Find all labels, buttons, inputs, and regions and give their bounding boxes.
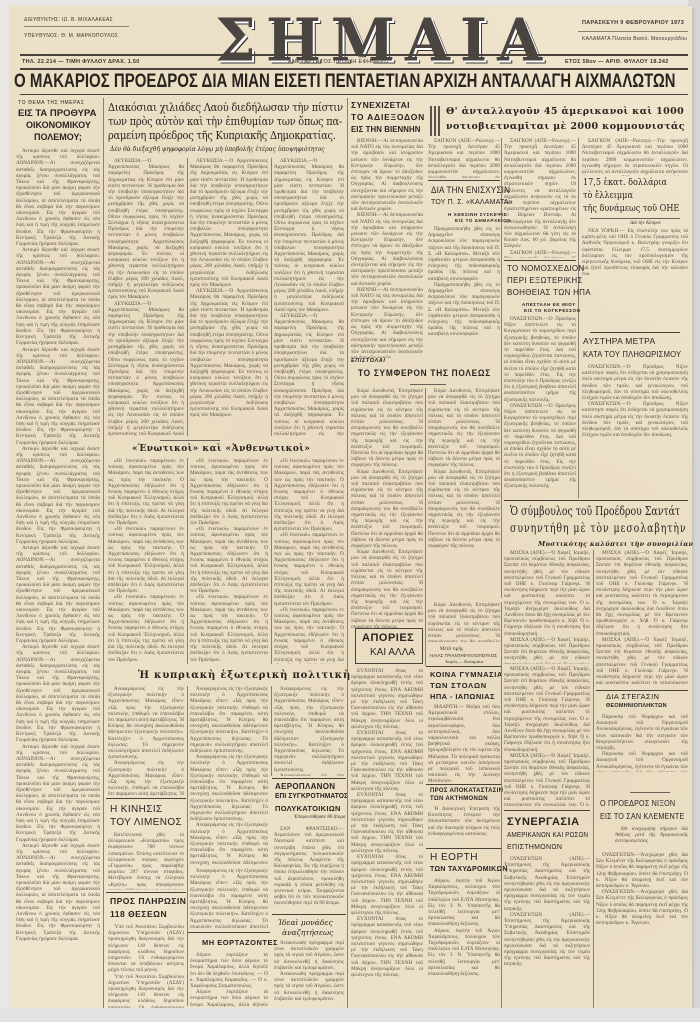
un-deficit-kicker: Διὰ τὴν Κύπρον bbox=[630, 221, 661, 226]
aporiai-title-2: ΚΑΙ ΑΛΛΑ bbox=[370, 647, 415, 658]
seats-title-1: ΠΡΟΣ ΠΛΗΡΩΣΙΝ bbox=[110, 896, 186, 906]
port-title-1: Η ΚΙΝΗΣΙΣ bbox=[110, 804, 163, 815]
enotikoi-body-col2: «Οἱ ἑνωτικοί» παραμένουν ἐν τούτοις ἀφοσ… bbox=[190, 458, 268, 664]
postal-title-1: Η ΕΟΡΤΗ bbox=[430, 852, 478, 863]
airplane-title-1: ΑΕΡΟΠΛΑΝΟΝ bbox=[275, 782, 335, 791]
city-interest-col1: Κύριε Διευθυντά, Ἐπιτρέψατέ μου νὰ ἀναφε… bbox=[351, 388, 423, 666]
boat-title-1: Ἰδεαὶ μονάδες bbox=[278, 918, 333, 927]
phone-price: ΤΗΛ. 22.214 — ΤΙΜΗ ΦΥΛΛΟΥ ΔΡΑΧ. 1.50 bbox=[22, 59, 140, 65]
nixon-title-2: ΕΙΣ ΤΟ ΣΑΝ ΚΛΕΜΕΝΤΕ bbox=[600, 812, 684, 821]
location-line: ΚΑΛΑΜΑΤΑ Πλατεία Βασιλ. Μανουργιάδου bbox=[582, 36, 687, 42]
prisoners-col1: ΣΑΙΓΚΟΝ (ΑΠΕ—Ρώυτερ).—Τὴν προσεχῆ Δευτέρ… bbox=[428, 138, 500, 178]
cooperation-body: ΟΥΑΣΙΓΚΤΩΝ (ΑΠΕ).—Ἐπιστήμονες τῆς Ἀμερικ… bbox=[504, 856, 590, 1010]
boat-body: Ἀνακοινώθη πρόγραμμα περὶ νέων ἀκτοπλοϊκ… bbox=[274, 940, 344, 1010]
seats-title-2: 118 ΘΕΣΕΩΝ bbox=[110, 909, 167, 919]
kalamata-title-2: ΤΟΥ Π. Σ. «ΚΑΛΑΜΑΤΑ» bbox=[431, 199, 513, 206]
vienna-title-1: ΣΥΝΕΧΙΖΕΤΑΙ bbox=[351, 100, 410, 110]
foreign-aid-subdeck-1: ΑΠΕΣΤΑΛΗ ΕΚ ΜΙΟΥ bbox=[522, 302, 576, 307]
newspaper-page: ΔΙΕΥΘΥΝΤΗΣ: ΙΩ. Β. ΜΙΧΑΛΑΚΕΑΣ ΥΠΕΥΘΥΝΟΣ:… bbox=[10, 6, 692, 1012]
landless-body: Ἡ Διοικητικὴ Ἐπιτροπὴ τῆς Κοινότητος ἐνέ… bbox=[428, 806, 500, 846]
port-body: Κατέπλευσαν χθὲς τὸ ἀλλαμανικὸν «Κυπάρισ… bbox=[108, 832, 184, 890]
inflation-title-2: ΚΑΤΑ ΤΟΥ ΠΛΗΘΩΡΙΣΜΟΥ bbox=[583, 349, 681, 359]
foreign-policy-col2-cont: Ἀναφερόμενος εἰς τὴν ἐξωτερικὴν πολιτικὴ… bbox=[190, 868, 268, 928]
makarios-deck-2: των πρὸς αὐτὸν καὶ τὴν ἐπιθυμίαν των ὅπω… bbox=[108, 114, 342, 128]
foreign-policy-col3: Ἀναφερόμενος εἰς τὴν ἐξωτερικὴν πολιτικὴ… bbox=[274, 686, 344, 776]
airplane-title-3: ΠΟΛΥΚΑΤΟΙΚΙΩΝ bbox=[275, 804, 341, 813]
prisoners-deck-2: νοτιοβιετναμῖται μὲ 2000 κομμουνιστάς bbox=[446, 121, 685, 132]
housing-title-1: ΔΙΑ ΣΤΕΓΑΣΙΝ bbox=[606, 692, 659, 701]
city-interest-cont: Κύριε Διευθυντά, Ἐπιτρέψατέ μου νὰ ἀναφε… bbox=[428, 602, 500, 642]
port-title-2: ΤΟΥ ΛΙΜΕΝΟΣ bbox=[110, 817, 182, 828]
inflation-title-1: ΑΥΣΤΗΡΑ ΜΕΤΡΑ bbox=[583, 336, 655, 346]
makarios-subdeck: Δὲν θὰ διεξαχθῆ ψηφοφορία λόγῳ μὴ ὑποβολ… bbox=[110, 145, 325, 153]
nixon-title-1: Ο ΠΡΟΕΔΡΟΣ ΝΙΞΟΝ bbox=[600, 799, 675, 808]
sadat-col1: ΜΟΣΧΑ (ΑΠΕ).—Ὁ Χαφὲζ Ἰσμαήλ, προσωπικὸς … bbox=[504, 550, 590, 664]
landless-title-2: ΤΩΝ ΑΚΤΗΜΟΝΩΝ bbox=[430, 796, 488, 802]
fleet-title-2: ΤΩΝ ΣΤΟΛΩΝ bbox=[430, 681, 487, 690]
housing-title-2: ΘΕΟΜΗΝΙΟΠΛΗΚΤΩΝ bbox=[606, 703, 667, 709]
cooperation-title-2: ΑΜΕΡΙΚΑΝΩΝ ΚΑΙ ΡΩΣΩΝ bbox=[507, 832, 588, 839]
fleet-title-3: ΗΠΑ - ΙΑΠΩΝΙΑΣ bbox=[430, 692, 495, 701]
foreign-aid-title-3: ΒΟΗΘΕΙΑΣ ΤΩΝ ΗΠΑ bbox=[507, 288, 591, 297]
cooperation-title-3: ΕΠΙΣΤΗΜΟΝΩΝ bbox=[507, 844, 562, 851]
makarios-deck-1: Διακόσιαι χιλιάδες Λαού διεδήλωσαν τὴν π… bbox=[108, 100, 343, 114]
airplane-kicker: Ἐπεφονεύθησαν 80 ἄτομα bbox=[294, 815, 346, 820]
signature-line1: Μετὰ τιμῆς bbox=[440, 647, 463, 652]
aporiai-body: ΕΥΧΟΝΤΑΙ ὅπως τὸ πρόγραμμα κατασκευῆς το… bbox=[351, 668, 423, 1010]
nixon-body: ΟΥΑΣΙΓΚΤΩΝ.—Ἀνεχώρησε χθὲς διὰ Σὰν Κλεμέ… bbox=[596, 852, 688, 1010]
city-interest-col2: Κύριε Διευθυντά, Ἐπιτρέψατέ μου νὰ ἀναφε… bbox=[428, 388, 500, 600]
date-line: ΠΑΡΑΣΚΕΥΗ 9 ΦΕΒΡΟΥΑΡΙΟΥ 1973 bbox=[582, 20, 684, 26]
bottom-margin bbox=[0, 1008, 700, 1022]
banner-headline-right: ΑΡΧΙΖΗ ΑΝΤΑΛΛΑΓΗ ΑΙΧΜΑΛΩΤΩΝ bbox=[423, 71, 676, 93]
makarios-body-col1: ΛΕΥΚΩΣΙΑ.—Ὁ Ἀρχιεπίσκοπος Μακάριος θὰ πα… bbox=[108, 158, 184, 436]
sadat-col1-cont: ΜΟΣΧΑ (ΑΠΕ).—Ὁ Χαφὲζ Ἰσμαήλ, προσωπικὸς … bbox=[504, 666, 590, 806]
postal-title-2: ΤΩΝ ΤΑΧΥΔΡΟΜΙΚΩΝ bbox=[430, 866, 508, 873]
director-line: ΔΙΕΥΘΥΝΤΗΣ: ΙΩ. Β. ΜΙΧΑΛΑΚΕΑΣ bbox=[24, 17, 113, 23]
vienna-title-3: ΕΙΣ ΤΗΝ ΒΙΕΝΝΗΝ bbox=[351, 124, 421, 134]
vienna-body: ΒΙΕΝΝΗ.—Αἱ ἀντιπροσωπεῖαι τοῦ ΝΑΤΟ εἰς τ… bbox=[351, 138, 423, 358]
prisoners-col3: ΣΑΙΓΚΟΝ (ΑΠΕ—Ρώυτερ).—Τὴν προσεχῆ Δευτέρ… bbox=[582, 138, 688, 176]
kalamata-subdeck-2: ΕΙΣ ΤΟ ΔΗΜΑΡΧΕΙΟΝ bbox=[455, 218, 511, 223]
kalamata-body: Πραγματοποιήθη χθὲς εἰς τὸ Δημαρχεῖον σύ… bbox=[428, 226, 500, 376]
cooperation-title-1: ΣΥΝΕΡΓΑΣΙΑ bbox=[507, 816, 580, 828]
un-deficit-title-3: τῆς δυνάμεως τοῦ ΟΗΕ bbox=[583, 204, 679, 214]
makarios-deck-3: ραμείνη πρόεδρος τῆς Κυπριακῆς Δημοκρατί… bbox=[108, 128, 336, 142]
nixon-kicker: Θὰ ἀναχωρήσῃ σήμερον διὰ Ἀθήνας μετὰ τῆς… bbox=[615, 826, 688, 850]
sadat-col2: ΜΟΣΧΑ (ΑΠΕ).—Ὁ Χαφὲζ Ἰσμαήλ, προσωπικὸς … bbox=[596, 550, 688, 684]
boat-title-2: ἀναζητήσεως bbox=[282, 928, 333, 937]
foreign-aid-subdeck-2: ΕΙΣ ΤΟ ΚΟΓΚΡΕΣΣΟΝ bbox=[524, 308, 580, 313]
prisoners-col2: ΣΑΙΓΚΟΝ (ΑΠΕ—Ρώυτερ).—Τὴν προσεχῆ Δευτέρ… bbox=[504, 138, 576, 258]
landless-title-1: ΠΡΟΣ ΑΠΟΚΑΤΑΣΤΑΣΙΝ bbox=[430, 788, 503, 794]
sadat-subdeck: Μυστικότης καλύπτει τὴν συνομιλίαν bbox=[538, 540, 693, 548]
housing-body: Παρουσίᾳ τοῦ Νομάρχου καὶ τοῦ Διοικητοῦ … bbox=[596, 714, 688, 772]
foreign-policy-heading: Ἡ κυπριακὴ ἐξωτερικὴ πολιτικὴ bbox=[138, 670, 351, 681]
inflation-body: ΟΥΑΣΙΓΚΤΩΝ.—Ὁ Πρόεδρος Νίξον κατέστησε σ… bbox=[582, 364, 688, 498]
sadat-title-1: Ὁ σύμβουλος τοῦ Προέδρου Σαντάτ bbox=[510, 504, 680, 518]
topic-kicker: ΤΟ ΘΕΜΑ ΤΗΣ ΗΜΕΡΑΣ bbox=[18, 100, 84, 106]
editor-line: ΥΠΕΥΘΥΝΟΣ: Θ. Μ. ΜΑΡΚΟΠΟΥΛΟΣ bbox=[24, 33, 118, 39]
signature-line3: Ἰατρὸς — Καλαμάτα bbox=[445, 659, 483, 664]
foreign-policy-col2: Ἀναφερόμενος εἰς τὴν ἐξωτερικὴν πολιτικὴ… bbox=[190, 686, 268, 866]
sadat-title-2: συνηντήθη μὲ τὸν μεσολαβητὴν bbox=[510, 521, 687, 535]
foreign-policy-col1: Ἀναφερόμενος εἰς τὴν ἐξωτερικὴν πολιτικὴ… bbox=[108, 686, 184, 796]
foreign-aid-body: ΟΥΑΣΙΓΚΤΩΝ.—Ὁ Πρόεδρος Νίξον ἀπέστειλεν … bbox=[504, 316, 576, 498]
seats-body: Ὑπὸ τοῦ Ἀνωτάτου Συμβουλίου Δημοσίων Ὑπη… bbox=[108, 924, 184, 1010]
fleet-body: ΜΑΔΡΙΤΗ.— Μοῖρα τοῦ 6ου Ἀμερικανικοῦ στό… bbox=[428, 704, 500, 782]
tagline: ΑΝΕΞΑΡΤΗΤΟΣ ΠΡΩΙΝΗ ΕΦΗΜΕΡΙΣ bbox=[288, 59, 390, 65]
postal-body: Αὔριον, ἑορτὴν τοῦ Ἁγίου Χαραλάμπους, πο… bbox=[428, 878, 500, 1010]
un-deficit-title-1: 17,5 ἑκατ. δολλάρια bbox=[583, 178, 667, 188]
kalamata-subdeck-1: Η ΧΘΕΣΙΝΗ ΣΥΣΚΕΨΙΣ bbox=[448, 212, 507, 217]
signature-line2: ΗΛΙΑΣ ΤΡΙΑΝΤΑΦΥΛΛΟΠΟΥΛΟΣ bbox=[430, 653, 497, 658]
kalamata-title-1: ΔΙΑ ΤΗΝ ΕΝΙΣΧΥΣΙΝ bbox=[431, 185, 510, 195]
airplane-title-2: ΕΠΙ ΣΥΓΚΡΟΤΗΜΑΤΟΣ bbox=[275, 793, 348, 800]
issue-number: ΕΤΟΣ 58ον — ΑΡΙΘ. ΦΥΛΛΟΥ 18.242 bbox=[565, 59, 669, 65]
un-deficit-body: ΝΕΑ ΥΟΡΚΗ.— Εἰς ἐπιστολὴν του πρὸς τὰ κρ… bbox=[582, 228, 688, 328]
un-deficit-title-2: τὸ ἔλλειμμα bbox=[583, 191, 633, 201]
enotikoi-body-col1: «Οἱ ἑνωτικοί» παραμένουν ἐν τούτοις ἀφοσ… bbox=[108, 458, 184, 664]
no-celebration-body: Αὔριον ἑορτάζουν τὰ ὀνομαστήρια των ὅσοι… bbox=[190, 952, 268, 1010]
banner-headline-left: Ο ΜΑΚΑΡΙΟΣ ΠΡΟΕΔΡΟΣ ΔΙΑ ΜΙΑΝ ΕΙΣΕΤΙ ΠΕΝΤ… bbox=[14, 71, 420, 93]
airplane-body: ΣΑΝ ΦΡΑΝΤΣΙΣΚΟ.—Ἀεροπλάνον τοῦ ἀμερικανι… bbox=[274, 826, 344, 912]
enotikoi-heading: «Ἑνωτικοὶ» καὶ «Ἀνθενωτικοὶ» bbox=[132, 444, 310, 454]
letters-kicker: ΕΠΙΣΤΟΛΑΙ bbox=[351, 358, 386, 364]
topic-title-3: ΠΟΛΕΜΟΥ; bbox=[34, 132, 82, 142]
aporiai-title-1: ΑΠΟΡΙΕΣ bbox=[362, 632, 414, 644]
no-celebration-title: ΜΗ ΕΟΡΤΑΖΟΝΤΕΣ bbox=[202, 938, 278, 947]
makarios-body-col3: ΛΕΥΚΩΣΙΑ.—Ὁ Ἀρχιεπίσκοπος Μακάριος θὰ πα… bbox=[274, 158, 344, 436]
topic-body: Αντικρύ δέρεσθε καὶ ἰσχυρὰ ἀναστ τῆς κρί… bbox=[16, 148, 100, 1018]
makarios-body-col2: ΛΕΥΚΩΣΙΑ.—Ὁ Ἀρχιεπίσκοπος Μακάριος θὰ πα… bbox=[190, 158, 268, 436]
vienna-title-2: ΤΟ ΑΔΙΕΞΟΔΟΝ bbox=[351, 112, 425, 122]
foreign-aid-title-1: ΤΟ ΝΟΜΟΣΧΕΔΙΟΝ bbox=[507, 264, 584, 273]
enotikoi-body-col3: «Οἱ ἑνωτικοί» παραμένουν ἐν τούτοις ἀφοσ… bbox=[274, 458, 344, 664]
topic-title-1: ΕΙΣ ΤΑ ΠΡΟΘΥΡΑ bbox=[18, 108, 96, 119]
prisoners-deck-1: Θ' ἀνταλλαγοῦν 45 ἀμερικανοὶ καὶ 1000 bbox=[446, 106, 684, 117]
topic-title-2: ΟΙΚΟΝΟΜΙΚΟΥ bbox=[26, 120, 91, 130]
fleet-title-1: ΚΟΙΝΑ ΓΥΜΝΑΣΙΑ bbox=[430, 670, 503, 679]
foreign-aid-title-2: ΠΕΡΙ ΕΞΩΤΕΡΙΚΗΣ bbox=[507, 276, 583, 285]
